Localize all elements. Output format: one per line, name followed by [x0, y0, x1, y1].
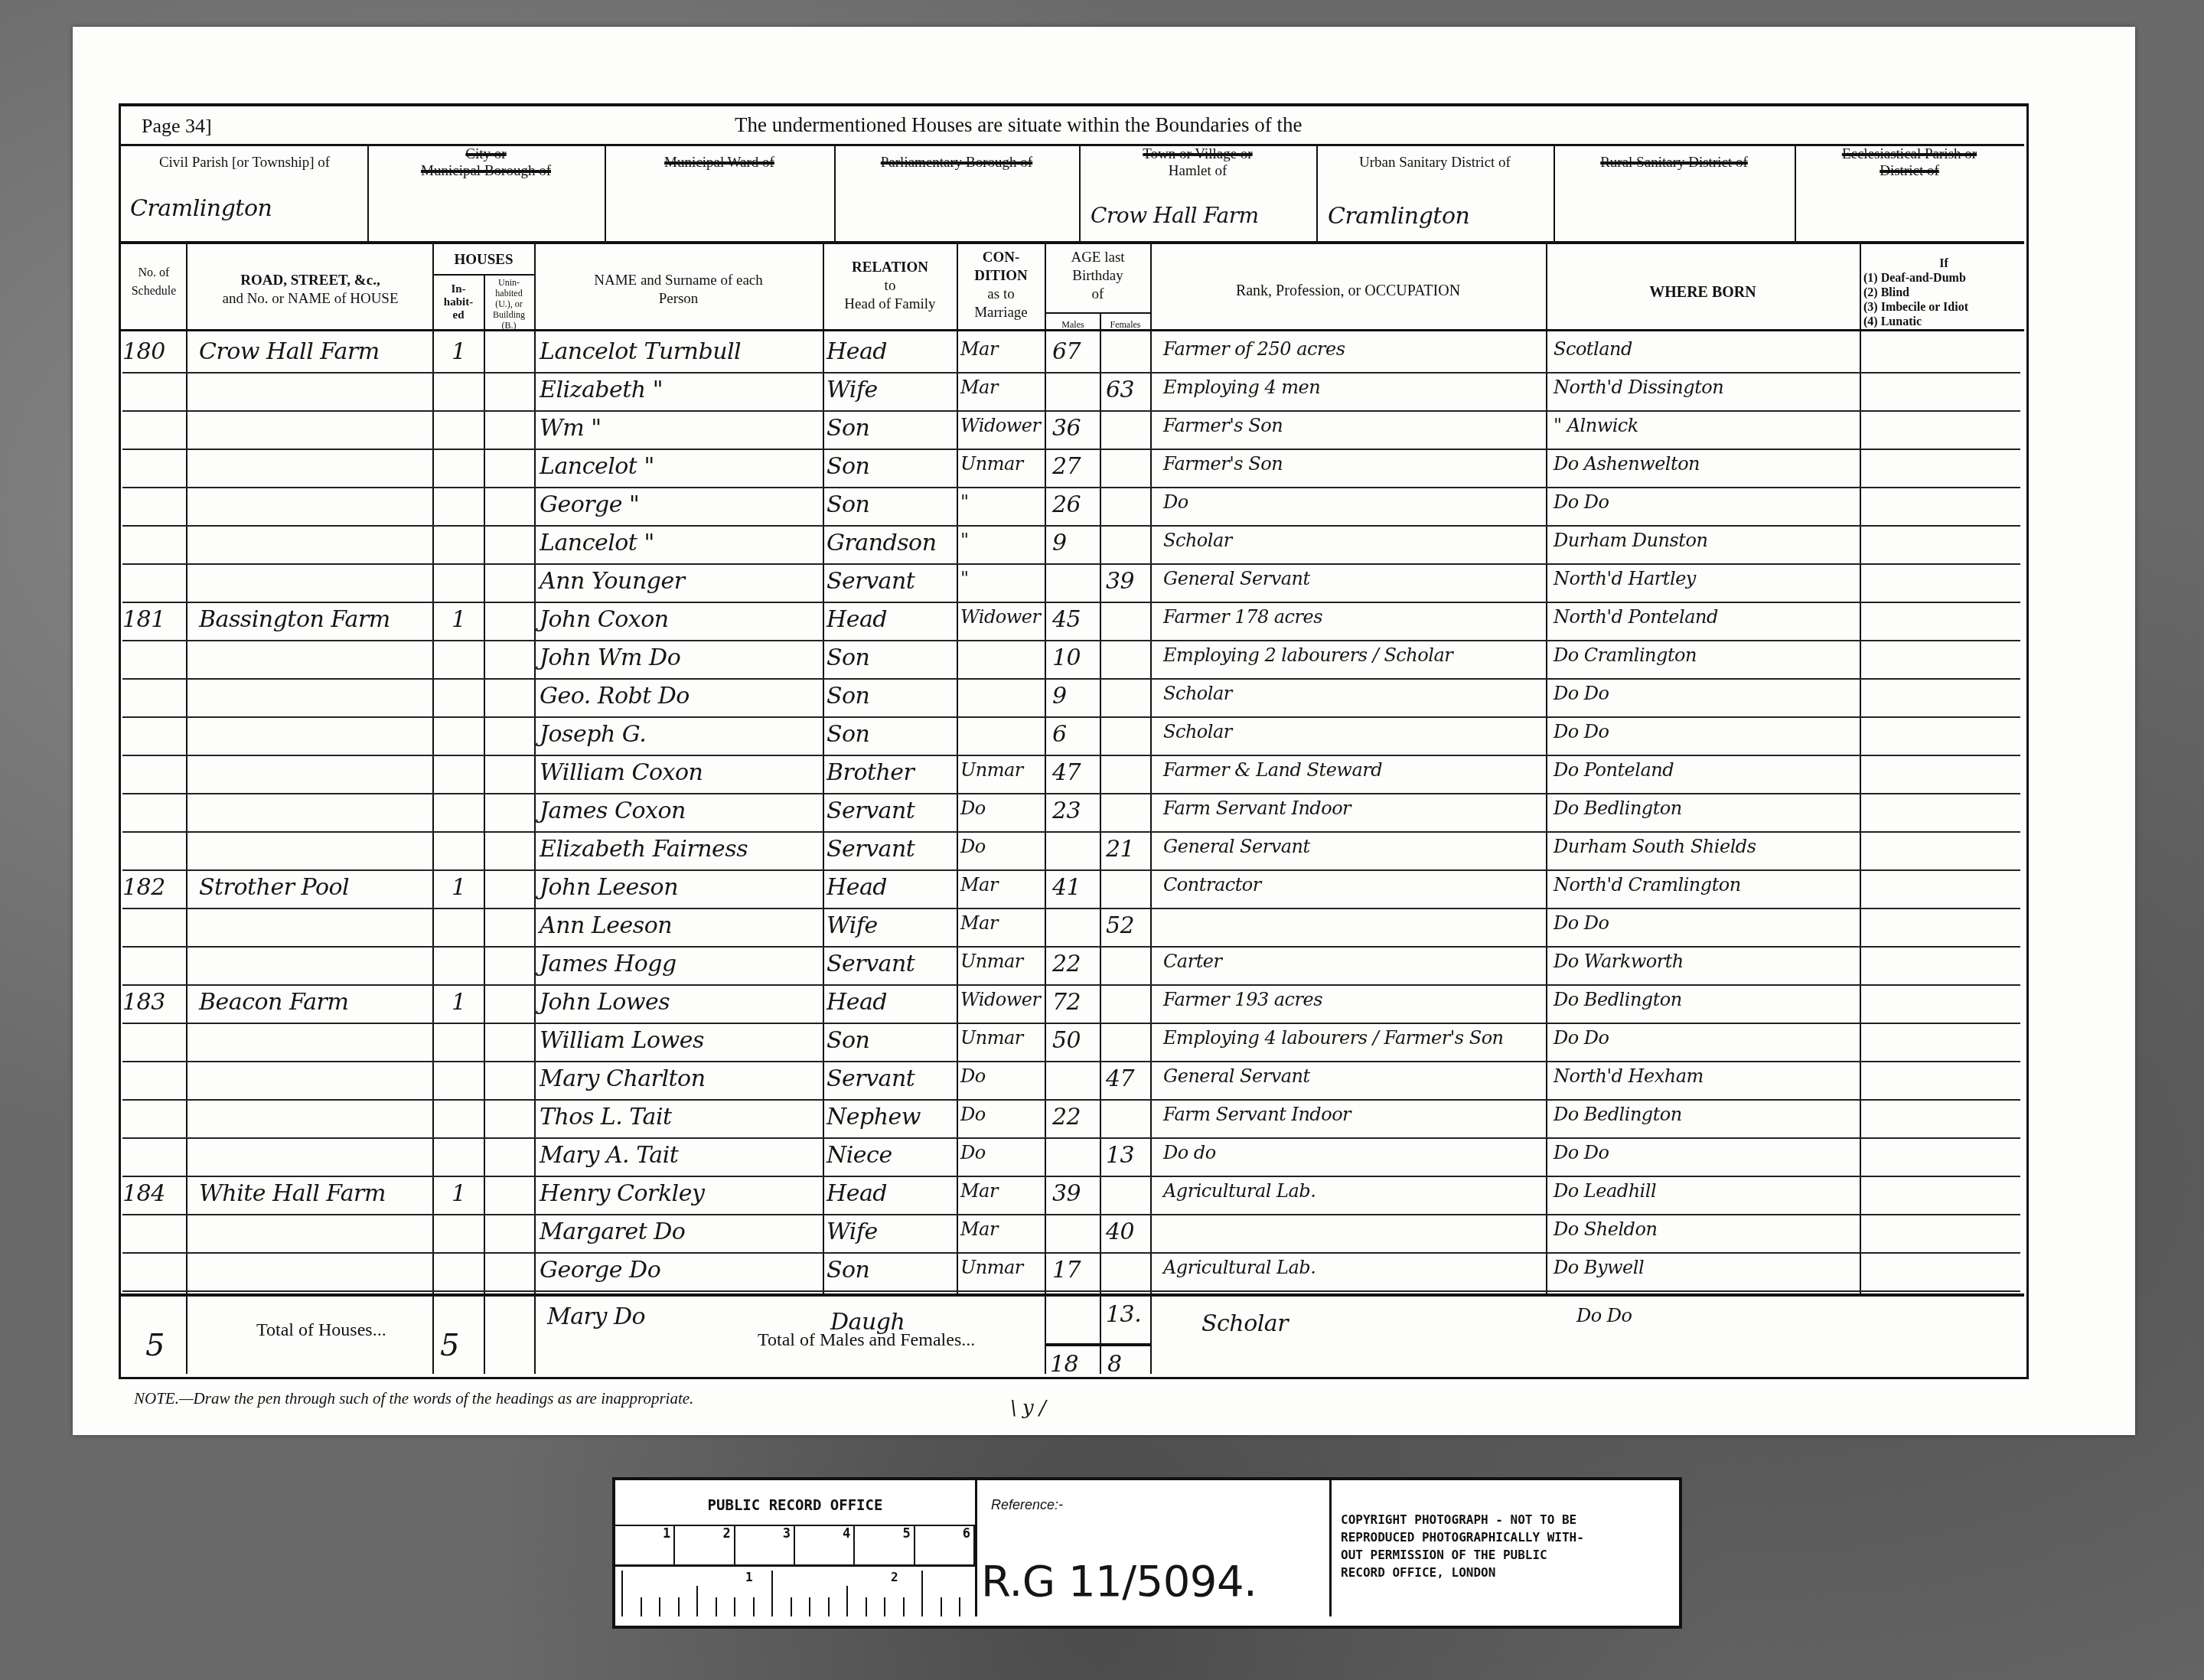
row-relation: Head	[826, 989, 887, 1016]
ruler-cm-mark: 2	[675, 1526, 735, 1564]
row-relation: Brother	[826, 759, 914, 786]
ruler-tick	[866, 1597, 867, 1616]
row-born: Do Cramlington	[1554, 644, 1697, 666]
row-condition: Unmar	[960, 453, 1023, 475]
row-relation: Son	[826, 721, 869, 748]
row-divider	[122, 1290, 2020, 1292]
ruler-cm-mark: 3	[735, 1526, 795, 1564]
copyright-line2: REPRODUCED PHOTOGRAPHICALLY WITH-	[1341, 1528, 1584, 1546]
row-divider	[122, 1137, 2020, 1139]
row-born: Do Sheldon	[1554, 1218, 1657, 1240]
row-divider	[122, 908, 2020, 909]
row-inhabited: 1	[452, 874, 466, 901]
row-name: Elizabeth Fairness	[540, 836, 748, 863]
row-divider	[122, 869, 2020, 871]
row-born: North'd Hexham	[1554, 1065, 1704, 1087]
col-inhabited-line3: ed	[434, 309, 483, 322]
row-condition: "	[960, 568, 969, 589]
row-name: John Leeson	[540, 874, 678, 901]
row-born: Do Ponteland	[1554, 759, 1674, 781]
row-occupation: General Servant	[1163, 836, 1310, 857]
col-females-header: Females	[1100, 317, 1150, 332]
row-occupation: General Servant	[1163, 568, 1310, 589]
total-males: 18	[1050, 1351, 1078, 1378]
row-relation: Nephew	[826, 1104, 921, 1130]
row-schedule: 184	[122, 1180, 165, 1207]
ruler-tick	[621, 1571, 623, 1616]
row-male-age: 36	[1052, 415, 1081, 442]
boundary-urban-sanitary-value: Cramlington	[1328, 203, 1469, 230]
row-name: Lancelot "	[540, 530, 654, 556]
row-name: William Lowes	[540, 1027, 704, 1054]
total-persons-label: Total of Males and Females...	[758, 1330, 975, 1351]
row-relation: Head	[826, 874, 887, 901]
row-name: Lancelot "	[540, 453, 654, 480]
row-born: Do Ashenwelton	[1554, 453, 1700, 475]
row-road: White Hall Farm	[199, 1180, 386, 1207]
col-condition-header: CON- DITION as to Marriage	[958, 249, 1044, 322]
row-male-age: 22	[1052, 1104, 1081, 1130]
col-infirmity-1: (1) Deaf-and-Dumb	[1863, 271, 2024, 285]
col-age-line2: Birthday	[1046, 267, 1149, 285]
row-occupation: Employing 2 labourers / Scholar	[1163, 644, 1452, 666]
row-schedule: 182	[122, 874, 165, 901]
col-name-line2: Person	[536, 290, 821, 308]
row-condition: Widower	[960, 989, 1040, 1010]
ruler-cm-mark: 5	[855, 1526, 915, 1564]
row-divider	[122, 831, 2020, 833]
row-divider	[122, 1099, 2020, 1101]
ruler-tick	[846, 1586, 848, 1616]
col-age-line1: AGE last	[1046, 249, 1149, 267]
row-name: Ann Younger	[540, 568, 685, 595]
col-relation-header: RELATION to Head of Family	[824, 259, 956, 314]
row-male-age: 23	[1052, 798, 1081, 824]
row-male-age: 10	[1052, 644, 1081, 671]
ruler-tick	[809, 1597, 810, 1616]
row-occupation: Farmer & Land Steward	[1163, 759, 1382, 781]
row-occupation: Do	[1163, 491, 1188, 513]
row-male-age: 9	[1052, 530, 1067, 556]
col-houses-header: HOUSES	[433, 253, 534, 268]
copyright-line3: OUT PERMISSION OF THE PUBLIC	[1341, 1546, 1584, 1564]
row-name: William Coxon	[540, 759, 703, 786]
col-schedule-line2: Schedule	[122, 282, 185, 301]
total-houses-label: Total of Houses...	[256, 1320, 386, 1341]
row-male-age: 41	[1052, 874, 1081, 901]
col-inhabited-line1: In-	[434, 283, 483, 296]
row-condition: Widower	[960, 415, 1040, 436]
row-divider	[122, 678, 2020, 680]
row-relation: Wife	[826, 377, 878, 403]
ruler-tick	[716, 1597, 717, 1616]
row-inhabited: 1	[452, 1180, 466, 1207]
ruler-tick	[678, 1597, 680, 1616]
row-born: Do Bedlington	[1554, 1104, 1682, 1125]
ruler-cm-mark: 1	[615, 1526, 675, 1564]
col-name-header: NAME and Surname of each Person	[536, 272, 821, 308]
boundary-town-village-label: Town or Village or	[1083, 147, 1312, 162]
row-born: Do Bedlington	[1554, 989, 1682, 1010]
row-relation: Son	[826, 491, 869, 518]
row-condition: Mar	[960, 377, 998, 398]
row-male-age: 9	[1052, 683, 1067, 710]
boundary-municipal-ward-label: Municipal Ward of	[608, 155, 830, 171]
row-condition: Do	[960, 798, 986, 819]
row-relation: Son	[826, 1257, 869, 1284]
row-name: James Coxon	[540, 798, 686, 824]
extra-row-female-age: 13.	[1106, 1301, 1141, 1328]
extra-row-occupation: Scholar	[1201, 1310, 1288, 1337]
row-condition: Unmar	[960, 1027, 1023, 1049]
ruler-tick	[959, 1597, 960, 1616]
row-name: Wm "	[540, 415, 602, 442]
row-occupation: Employing 4 men	[1163, 377, 1320, 398]
row-female-age: 52	[1106, 912, 1134, 939]
row-relation: Head	[826, 606, 887, 633]
ruler-inches: 12	[615, 1567, 975, 1616]
ruler-tick	[641, 1597, 642, 1616]
row-male-age: 45	[1052, 606, 1081, 633]
pro-office-label: PUBLIC RECORD OFFICE	[615, 1497, 975, 1514]
total-schedules: 5	[145, 1328, 165, 1363]
reference-value: R.G 11/5094.	[981, 1557, 1257, 1607]
page-note: NOTE.—Draw the pen through such of the w…	[134, 1389, 693, 1408]
boundary-municipal-borough-label: Municipal Borough of	[371, 164, 601, 179]
col-age-line3: of	[1046, 285, 1149, 304]
row-female-age: 47	[1106, 1065, 1134, 1092]
row-name: John Lowes	[540, 989, 670, 1016]
row-born: Do Leadhill	[1554, 1180, 1656, 1202]
row-occupation: Agricultural Lab.	[1163, 1257, 1316, 1278]
ruler-cm: 123456	[615, 1526, 975, 1564]
extra-row-name: Mary Do	[547, 1303, 645, 1330]
row-male-age: 26	[1052, 491, 1081, 518]
row-condition: Unmar	[960, 759, 1023, 781]
row-divider	[122, 525, 2020, 527]
boundary-ecclesiastical-label: Ecclesiastical Parish or	[1798, 147, 2020, 162]
ruler-tick	[753, 1597, 755, 1616]
col-condition-line1: CON-	[958, 249, 1044, 267]
row-divider	[122, 410, 2020, 412]
row-condition: Do	[960, 1065, 986, 1087]
col-where-born-header: WHERE BORN	[1547, 285, 1858, 300]
col-age-header: AGE last Birthday of	[1046, 249, 1149, 304]
row-condition: Do	[960, 1142, 986, 1163]
row-condition: Mar	[960, 338, 998, 360]
row-occupation: Carter	[1163, 951, 1221, 972]
row-divider	[122, 640, 2020, 641]
ruler-tick	[791, 1597, 792, 1616]
row-relation: Servant	[826, 951, 915, 977]
row-name: James Hogg	[540, 951, 677, 977]
ruler-tick	[941, 1597, 942, 1616]
row-occupation: Contractor	[1163, 874, 1261, 895]
row-road: Bassington Farm	[199, 606, 390, 633]
col-name-line1: NAME and Surname of each	[536, 272, 821, 290]
row-road: Crow Hall Farm	[199, 338, 380, 365]
row-name: Joseph G.	[540, 721, 646, 748]
col-relation-line3: Head of Family	[824, 295, 956, 314]
col-road-line2: and No. or NAME of HOUSE	[190, 290, 431, 308]
row-occupation: Farmer's Son	[1163, 415, 1283, 436]
row-occupation: Scholar	[1163, 721, 1232, 742]
ruler-tick	[903, 1597, 905, 1616]
row-born: Do Do	[1554, 1027, 1609, 1049]
row-schedule: 181	[122, 606, 165, 633]
row-male-age: 50	[1052, 1027, 1081, 1054]
copyright-line4: RECORD OFFICE, LONDON	[1341, 1564, 1584, 1581]
row-relation: Son	[826, 1027, 869, 1054]
row-divider	[122, 1214, 2020, 1215]
row-divider	[122, 487, 2020, 488]
row-divider	[122, 984, 2020, 986]
row-divider	[122, 793, 2020, 794]
row-born: Do Do	[1554, 912, 1609, 934]
reference-label: Reference:-	[991, 1497, 1063, 1513]
row-divider	[122, 602, 2020, 603]
row-male-age: 17	[1052, 1257, 1081, 1284]
col-inhabited-line2: habit-	[434, 296, 483, 309]
boundary-civil-parish-value: Cramlington	[130, 195, 272, 222]
row-born: North'd Hartley	[1554, 568, 1696, 589]
row-female-age: 39	[1106, 568, 1134, 595]
boundary-civil-parish-label: Civil Parish [or Township] of	[124, 155, 365, 171]
bottom-marks: \ y /	[1010, 1397, 1045, 1420]
row-relation: Son	[826, 683, 869, 710]
row-relation: Son	[826, 453, 869, 480]
row-born: Do Bedlington	[1554, 798, 1682, 819]
public-record-office-stamp: PUBLIC RECORD OFFICE 123456 12 Reference…	[612, 1477, 1682, 1629]
row-divider	[122, 449, 2020, 450]
row-occupation: Farmer 178 acres	[1163, 606, 1322, 628]
col-infirmity-2: (2) Blind	[1863, 285, 2024, 300]
row-name: Henry Corkley	[540, 1180, 704, 1207]
row-male-age: 6	[1052, 721, 1067, 748]
row-condition: Mar	[960, 1218, 998, 1240]
ruler-tick	[921, 1571, 923, 1616]
col-infirmity-4: (4) Lunatic	[1863, 315, 2024, 329]
row-condition: Do	[960, 836, 986, 857]
row-male-age: 39	[1052, 1180, 1081, 1207]
row-divider	[122, 372, 2020, 374]
row-divider	[122, 1252, 2020, 1254]
row-condition: Mar	[960, 1180, 998, 1202]
row-name: Mary Charlton	[540, 1065, 705, 1092]
row-female-age: 40	[1106, 1218, 1134, 1245]
total-houses-value: 5	[440, 1328, 459, 1363]
row-born: Do Do	[1554, 491, 1609, 513]
col-road-line1: ROAD, STREET, &c.,	[190, 272, 431, 290]
row-relation: Head	[826, 1180, 887, 1207]
extra-row-born: Do Do	[1576, 1305, 1632, 1326]
row-road: Beacon Farm	[199, 989, 348, 1016]
row-male-age: 27	[1052, 453, 1081, 480]
row-condition: Do	[960, 1104, 986, 1125]
col-occupation-header: Rank, Profession, or OCCUPATION	[1152, 283, 1544, 298]
row-relation: Head	[826, 338, 887, 365]
row-inhabited: 1	[452, 338, 466, 365]
row-name: John Coxon	[540, 606, 669, 633]
col-condition-line3: as to	[958, 285, 1044, 304]
row-male-age: 72	[1052, 989, 1081, 1016]
row-born: North'd Dissington	[1554, 377, 1723, 398]
row-name: George "	[540, 491, 639, 518]
copyright-line1: COPYRIGHT PHOTOGRAPH - NOT TO BE	[1341, 1511, 1584, 1528]
row-occupation: Farm Servant Indoor	[1163, 1104, 1351, 1125]
col-uninhabited-line3: (U.), or	[484, 298, 533, 309]
boundary-parliamentary-borough-label: Parliamentary Borough of	[838, 155, 1075, 171]
row-relation: Wife	[826, 912, 878, 939]
col-uninhabited-line1: Unin-	[484, 277, 533, 288]
row-name: Mary A. Tait	[540, 1142, 678, 1169]
col-condition-line4: Marriage	[958, 304, 1044, 322]
ruler-tick	[828, 1597, 830, 1616]
boundary-hamlet-label: Hamlet of	[1083, 164, 1312, 179]
row-name: John Wm Do	[540, 644, 680, 671]
row-occupation: Scholar	[1163, 530, 1232, 551]
row-born: Scotland	[1554, 338, 1632, 360]
row-male-age: 22	[1052, 951, 1081, 977]
col-schedule-header: No. of Schedule	[122, 264, 185, 301]
row-condition: Mar	[960, 874, 998, 895]
ruler-tick	[771, 1571, 773, 1616]
row-divider	[122, 1023, 2020, 1024]
boundary-hamlet-value: Crow Hall Farm	[1091, 203, 1259, 228]
row-condition: "	[960, 530, 969, 551]
row-born: North'd Cramlington	[1554, 874, 1741, 895]
boundary-ecclesiastical-district-label: District of	[1798, 164, 2020, 179]
boundary-city-label: City or	[371, 147, 601, 162]
row-relation: Servant	[826, 1065, 915, 1092]
row-name: Thos L. Tait	[540, 1104, 672, 1130]
row-born: Do Do	[1554, 683, 1609, 704]
row-born: Do Warkworth	[1554, 951, 1684, 972]
row-condition: "	[960, 491, 969, 513]
col-males-header: Males	[1046, 317, 1100, 332]
row-divider	[122, 1176, 2020, 1177]
row-occupation: Do do	[1163, 1142, 1216, 1163]
ruler-tick	[659, 1597, 660, 1616]
row-condition: Unmar	[960, 951, 1023, 972]
boundary-rural-sanitary-label: Rural Sanitary District of	[1557, 155, 1791, 171]
row-name: George Do	[540, 1257, 660, 1284]
col-uninhabited-header: Unin- habited (U.), or Building (B.)	[484, 277, 533, 331]
col-relation-line2: to	[824, 277, 956, 295]
row-inhabited: 1	[452, 989, 466, 1016]
boundary-urban-sanitary-label: Urban Sanitary District of	[1320, 155, 1550, 171]
col-road-header: ROAD, STREET, &c., and No. or NAME of HO…	[190, 272, 431, 308]
row-born: Do Bywell	[1554, 1257, 1644, 1278]
row-name: Ann Leeson	[540, 912, 672, 939]
row-occupation: Farmer of 250 acres	[1163, 338, 1345, 360]
row-occupation: Employing 4 labourers / Farmer's Son	[1163, 1027, 1504, 1049]
row-divider	[122, 716, 2020, 718]
ruler-inch-label: 1	[745, 1570, 753, 1584]
row-relation: Wife	[826, 1218, 878, 1245]
row-born: Do Do	[1554, 1142, 1609, 1163]
row-relation: Son	[826, 644, 869, 671]
row-female-age: 21	[1106, 836, 1134, 863]
col-infirmity-3: (3) Imbecile or Idiot	[1863, 300, 2024, 315]
ruler-tick	[734, 1597, 735, 1616]
row-divider	[122, 755, 2020, 756]
ruler-cm-mark: 4	[795, 1526, 855, 1564]
ruler-tick	[884, 1597, 885, 1616]
row-relation: Servant	[826, 836, 915, 863]
row-relation: Grandson	[826, 530, 937, 556]
row-born: Do Do	[1554, 721, 1609, 742]
row-relation: Son	[826, 415, 869, 442]
row-schedule: 180	[122, 338, 165, 365]
row-divider	[122, 946, 2020, 948]
col-uninhabited-line4: Building	[484, 309, 533, 320]
row-male-age: 47	[1052, 759, 1081, 786]
row-occupation: Agricultural Lab.	[1163, 1180, 1316, 1202]
row-born: " Alnwick	[1554, 415, 1638, 436]
col-relation-line1: RELATION	[824, 259, 956, 277]
row-occupation: Farm Servant Indoor	[1163, 798, 1351, 819]
row-born: Durham South Shields	[1554, 836, 1756, 857]
row-occupation: Farmer's Son	[1163, 453, 1283, 475]
row-name: Margaret Do	[540, 1218, 685, 1245]
row-divider	[122, 563, 2020, 565]
row-occupation: General Servant	[1163, 1065, 1310, 1087]
col-uninhabited-line5: (B.)	[484, 320, 533, 331]
ruler-inch-label: 2	[891, 1570, 898, 1584]
col-infirmity-if: If	[1863, 256, 2024, 271]
col-inhabited-header: In- habit- ed	[434, 283, 483, 322]
row-relation: Servant	[826, 568, 915, 595]
row-name: Geo. Robt Do	[540, 683, 690, 710]
col-condition-line2: DITION	[958, 267, 1044, 285]
col-infirmity-header: If (1) Deaf-and-Dumb (2) Blind (3) Imbec…	[1863, 256, 2024, 329]
total-females: 8	[1107, 1351, 1122, 1378]
row-name: Elizabeth "	[540, 377, 663, 403]
col-uninhabited-line2: habited	[484, 288, 533, 298]
copyright-notice: COPYRIGHT PHOTOGRAPH - NOT TO BE REPRODU…	[1341, 1511, 1584, 1581]
row-condition: Unmar	[960, 1257, 1023, 1278]
col-schedule-line1: No. of	[122, 264, 185, 282]
row-schedule: 183	[122, 989, 165, 1016]
row-relation: Servant	[826, 798, 915, 824]
ruler-tick	[696, 1586, 698, 1616]
row-condition: Widower	[960, 606, 1040, 628]
row-divider	[122, 1061, 2020, 1062]
row-relation: Niece	[826, 1142, 892, 1169]
row-condition: Mar	[960, 912, 998, 934]
row-inhabited: 1	[452, 606, 466, 633]
row-road: Strother Pool	[199, 874, 349, 901]
row-born: North'd Ponteland	[1554, 606, 1718, 628]
ruler-cm-mark: 6	[915, 1526, 975, 1564]
row-female-age: 63	[1106, 377, 1134, 403]
row-occupation: Scholar	[1163, 683, 1232, 704]
row-born: Durham Dunston	[1554, 530, 1707, 551]
row-male-age: 67	[1052, 338, 1081, 365]
row-occupation: Farmer 193 acres	[1163, 989, 1322, 1010]
row-name: Lancelot Turnbull	[540, 338, 741, 365]
row-female-age: 13	[1106, 1142, 1134, 1169]
